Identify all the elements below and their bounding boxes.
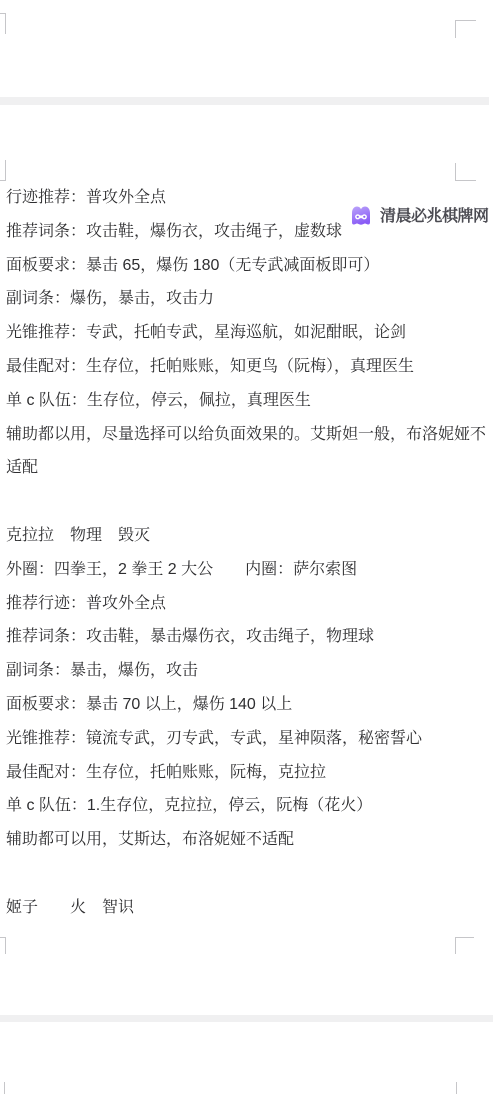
text-line: 最佳配对：生存位，托帕账账，阮梅，克拉拉 xyxy=(6,756,490,790)
text-line: 副词条：暴击，爆伤，攻击 xyxy=(6,654,490,688)
text-line: 副词条：爆伤，暴击，攻击力 xyxy=(6,282,490,316)
document-body: 行迹推荐：普攻外全点 推荐词条：攻击鞋，爆伤衣，攻击绳子，虚数球 面板要求：暴击… xyxy=(6,181,490,925)
text-line: 姬子 火 智识 xyxy=(6,891,490,925)
image-placeholder-corner-top-left xyxy=(0,13,6,34)
document-page: 行迹推荐：普攻外全点 推荐词条：攻击鞋，爆伤衣，攻击绳子，虚数球 面板要求：暴击… xyxy=(0,0,500,1094)
text-line: 克拉拉 物理 毁灭 xyxy=(6,519,490,553)
text-line: 光锥推荐：专武，托帕专武，星海巡航，如泥酣眠，论剑 xyxy=(6,316,490,350)
image-placeholder-edge-left xyxy=(4,1082,5,1094)
text-line: 推荐词条：攻击鞋，暴击爆伤衣，攻击绳子，物理球 xyxy=(6,620,490,654)
watermark-text: 清晨必兆棋牌网 xyxy=(380,203,489,226)
image-placeholder-edge-right xyxy=(456,1082,457,1094)
text-line xyxy=(6,857,490,891)
text-line: 辅助都可以用，艾斯达，布洛妮娅不适配 xyxy=(6,823,490,857)
image-placeholder-corner-mid-right xyxy=(455,163,476,181)
text-line: 辅助都以用，尽量选择可以给负面效果的。艾斯妲一般，布洛妮娅不适配 xyxy=(6,418,490,486)
top-separator-band xyxy=(0,97,489,105)
text-line: 单 c 队伍：1.生存位，克拉拉，停云，阮梅（花火） xyxy=(6,789,490,823)
text-line: 单 c 队伍：生存位，停云，佩拉，真理医生 xyxy=(6,384,490,418)
image-placeholder-corner-mid-left xyxy=(0,160,6,181)
bottom-separator-band xyxy=(0,1015,493,1022)
image-placeholder-corner-top-right xyxy=(455,20,476,38)
text-line: 面板要求：暴击 70 以上，爆伤 140 以上 xyxy=(6,688,490,722)
m-mascot-icon xyxy=(349,203,373,227)
text-line: 推荐行迹：普攻外全点 xyxy=(6,587,490,621)
image-placeholder-corner-bottom-right xyxy=(455,937,474,954)
site-watermark: 清晨必兆棋牌网 xyxy=(349,202,489,227)
text-line: 光锥推荐：镜流专武，刃专武，专武，星神陨落，秘密誓心 xyxy=(6,722,490,756)
text-line: 外圈：四拳王，2 拳王 2 大公 内圈：萨尔索图 xyxy=(6,553,490,587)
image-placeholder-corner-bottom-left xyxy=(0,937,6,954)
text-line: 最佳配对：生存位，托帕账账，知更鸟（阮梅），真理医生 xyxy=(6,350,490,384)
text-line xyxy=(6,485,490,519)
text-line: 面板要求：暴击 65，爆伤 180（无专武减面板即可） xyxy=(6,249,490,283)
